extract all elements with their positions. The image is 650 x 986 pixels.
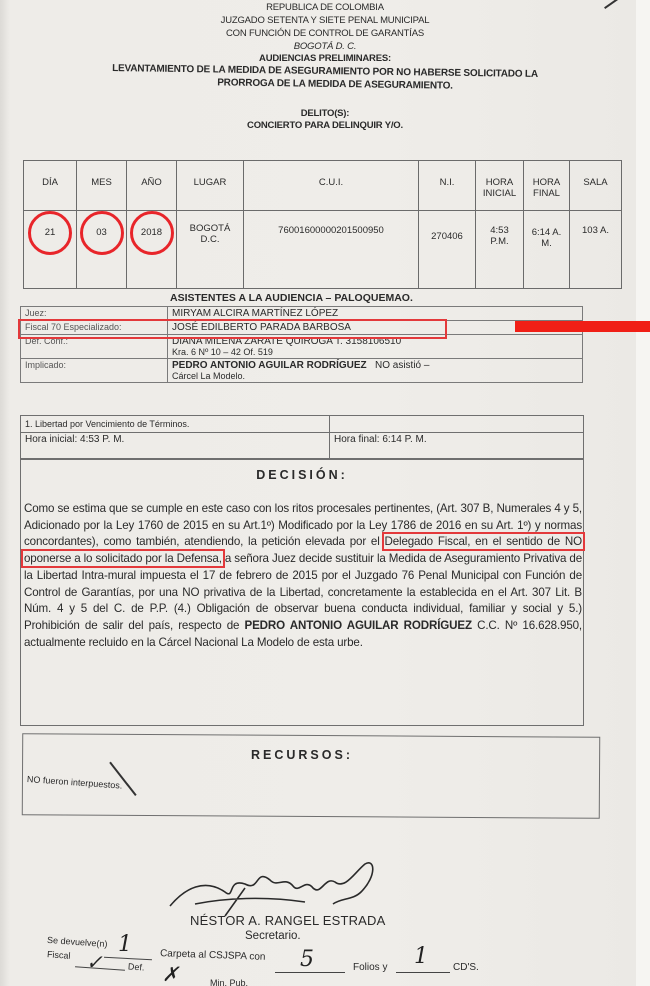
prosecutor-highlight-box [18, 319, 447, 339]
day-cell: 21 [24, 211, 77, 289]
liberty-empty-cell [330, 416, 584, 433]
col-header-cui: C.U.I. [244, 161, 419, 211]
crime-label: DELITO(S): [0, 108, 650, 121]
ni-cell: 270406 [419, 211, 476, 289]
returned-count-handwritten: 1 [118, 932, 132, 957]
year-cell: 2018 [127, 211, 177, 289]
signer-name: NÉSTOR A. RANGEL ESTRADA [190, 913, 386, 928]
def-label: Def. [128, 961, 145, 972]
col-header-year: AÑO [127, 161, 177, 211]
fiscal-mark-handwritten: ✓ [86, 950, 103, 974]
header-city: BOGOTÁ D. C. [0, 41, 650, 54]
col-header-start-time: HORA INICIAL [476, 161, 524, 211]
accused-name-bold: PEDRO ANTONIO AGUILAR RODRÍGUEZ [245, 619, 472, 632]
start-time-cell: 4:53 P.M. [476, 211, 524, 289]
signer-role: Secretario. [245, 930, 301, 942]
folios-count-handwritten: 5 [300, 947, 314, 972]
col-header-ni: N.I. [419, 161, 476, 211]
red-arrow-annotation [515, 321, 650, 332]
header-line-2: JUZGADO SETENTA Y SIETE PENAL MUNICIPAL [0, 15, 650, 28]
cui-cell: 76001600000201500950 [244, 211, 419, 289]
folios-label: Folios y [353, 962, 387, 973]
end-time-cell: 6:14 A. M. [524, 211, 570, 289]
resources-title: RECURSOS: [20, 748, 584, 762]
decision-title: DECISIÓN: [20, 468, 584, 482]
signature-scribble [165, 858, 405, 918]
def-mark-handwritten: ✗ [162, 962, 179, 986]
defense-address: Kra. 6 Nº 10 – 42 Of. 519 [172, 347, 578, 357]
accused-status: NO asistió – [375, 360, 429, 371]
liberty-end-time: Hora final: 6:14 P. M. [330, 433, 584, 460]
room-cell: 103 A. [570, 211, 622, 289]
attendees-title: ASISTENTES A LA AUDIENCIA – PALOQUEMAO. [170, 292, 413, 304]
table-row: 21 03 2018 BOGOTÁ D.C. 76001600000201500… [24, 211, 622, 289]
cds-label: CD'S. [453, 962, 479, 973]
header-line-1: REPUBLICA DE COLOMBIA [0, 2, 650, 15]
col-header-day: DÍA [24, 161, 77, 211]
liberty-item: 1. Libertad por Vencimiento de Términos. [21, 416, 330, 433]
month-circle-annotation: 03 [80, 211, 124, 255]
accused-name: PEDRO ANTONIO AGUILAR RODRÍGUEZ [172, 360, 367, 371]
col-header-room: SALA [570, 161, 622, 211]
place-cell: BOGOTÁ D.C. [177, 211, 244, 289]
liberty-start-time: Hora inicial: 4:53 P. M. [21, 433, 330, 460]
page-edge [636, 0, 650, 986]
cds-count-handwritten: 1 [414, 944, 428, 969]
hearing-info-table: DÍA MES AÑO LUGAR C.U.I. N.I. HORA INICI… [23, 160, 622, 289]
attendee-row-accused: Implicado: PEDRO ANTONIO AGUILAR RODRÍGU… [21, 359, 583, 383]
fiscal-label: Fiscal [47, 949, 71, 961]
day-circle-annotation: 21 [28, 211, 72, 255]
year-circle-annotation: 2018 [130, 211, 174, 255]
liberty-table: 1. Libertad por Vencimiento de Términos.… [20, 415, 584, 460]
cds-underline [396, 972, 450, 973]
col-header-month: MES [77, 161, 127, 211]
accused-info: PEDRO ANTONIO AGUILAR RODRÍGUEZ NO asist… [168, 359, 583, 383]
folios-underline [275, 972, 345, 973]
decision-body: Como se estima que se cumple en este cas… [24, 501, 582, 651]
crime-value: CONCIERTO PARA DELINQUIR Y/O. [0, 120, 650, 133]
month-cell: 03 [77, 211, 127, 289]
header-line-3: CON FUNCIÓN DE CONTROL DE GARANTÍAS [0, 28, 650, 41]
min-pub-label: Min. Pub. [210, 978, 248, 986]
accused-location: Cárcel La Modelo. [172, 371, 578, 381]
attendees-table: Juez: MIRYAM ALCIRA MARTÍNEZ LÓPEZ Fisca… [20, 306, 583, 383]
table-header-row: DÍA MES AÑO LUGAR C.U.I. N.I. HORA INICI… [24, 161, 622, 211]
col-header-place: LUGAR [177, 161, 244, 211]
col-header-end-time: HORA FINAL [524, 161, 570, 211]
accused-label: Implicado: [21, 359, 168, 383]
resources-box [22, 733, 600, 819]
